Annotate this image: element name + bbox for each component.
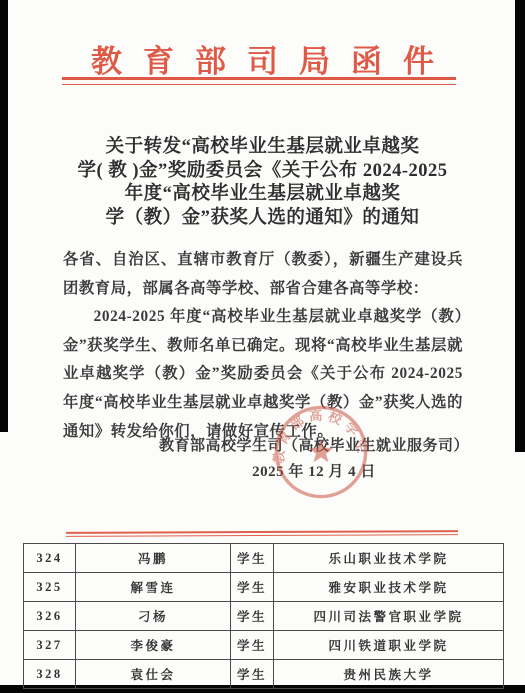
body-paragraph: 2024-2025 年度“高校毕业生基层就业卓越奖学（教）金”获奖学生、教师名单…: [63, 303, 463, 446]
table-row: 327李俊豪学生四川铁道职业学院: [24, 631, 504, 660]
document-title-line: 学( 教 )金”奖励委员会《关于公布 2024-2025: [30, 160, 495, 184]
cell-name: 刁杨: [76, 602, 231, 631]
table-row: 326刁杨学生四川司法警官职业学院: [24, 602, 504, 631]
cell-school: 四川铁道职业学院: [274, 631, 504, 660]
issuing-department: 教育部高校学生司（高校毕业生就业服务司）: [158, 433, 470, 459]
document-title-line: 年度“高校毕业生基层就业卓越奖: [30, 183, 495, 207]
document-page: 教育部司局函件 关于转发“高校毕业生基层就业卓越奖 学( 教 )金”奖励委员会《…: [0, 0, 525, 693]
table-row: 324冯鹏学生乐山职业技术学院: [24, 544, 504, 573]
letter-body: 各省、自治区、直辖市教育厅（教委），新疆生产建设兵团教育局，部属各高等学校、部省…: [63, 246, 463, 446]
cell-name: 冯鹏: [76, 544, 231, 573]
cell-role: 学生: [231, 602, 274, 631]
letterhead-rule: [62, 77, 456, 85]
award-winners-table: 324冯鹏学生乐山职业技术学院325解雪连学生雅安职业技术学院326刁杨学生四川…: [23, 543, 504, 689]
cell-no: 328: [24, 660, 76, 689]
document-title-line: 学（教）金”获奖人选的通知》的通知: [30, 207, 495, 231]
cell-school: 雅安职业技术学院: [274, 573, 504, 602]
cell-role: 学生: [231, 631, 274, 660]
document-title-line: 关于转发“高校毕业生基层就业卓越奖: [30, 136, 495, 160]
signature-block: 教育部高校学生司（高校毕业生就业服务司） 2025 年 12 月 4 日: [158, 433, 470, 485]
salutation: 各省、自治区、直辖市教育厅（教委），新疆生产建设兵团教育局，部属各高等学校、部省…: [63, 246, 463, 303]
cell-name: 李俊豪: [76, 631, 231, 660]
cell-no: 324: [24, 544, 76, 573]
next-page-letterhead-rule: [66, 530, 458, 537]
cell-name: 解雪连: [76, 573, 231, 602]
letterhead-title: 教育部司局函件: [0, 36, 525, 81]
award-winners-rows: 324冯鹏学生乐山职业技术学院325解雪连学生雅安职业技术学院326刁杨学生四川…: [24, 544, 504, 689]
cell-no: 326: [24, 602, 76, 631]
table-row: 328袁仕会学生贵州民族大学: [24, 660, 504, 689]
issue-date: 2025 年 12 月 4 日: [158, 459, 470, 485]
document-title: 关于转发“高校毕业生基层就业卓越奖 学( 教 )金”奖励委员会《关于公布 202…: [30, 136, 495, 230]
cell-school: 贵州民族大学: [274, 660, 504, 689]
cell-school: 四川司法警官职业学院: [274, 602, 504, 631]
cell-no: 325: [24, 573, 76, 602]
table-row: 325解雪连学生雅安职业技术学院: [24, 573, 504, 602]
cell-name: 袁仕会: [76, 660, 231, 689]
cell-school: 乐山职业技术学院: [274, 544, 504, 573]
cell-no: 327: [24, 631, 76, 660]
cell-role: 学生: [231, 573, 274, 602]
cell-role: 学生: [231, 660, 274, 689]
cell-role: 学生: [231, 544, 274, 573]
